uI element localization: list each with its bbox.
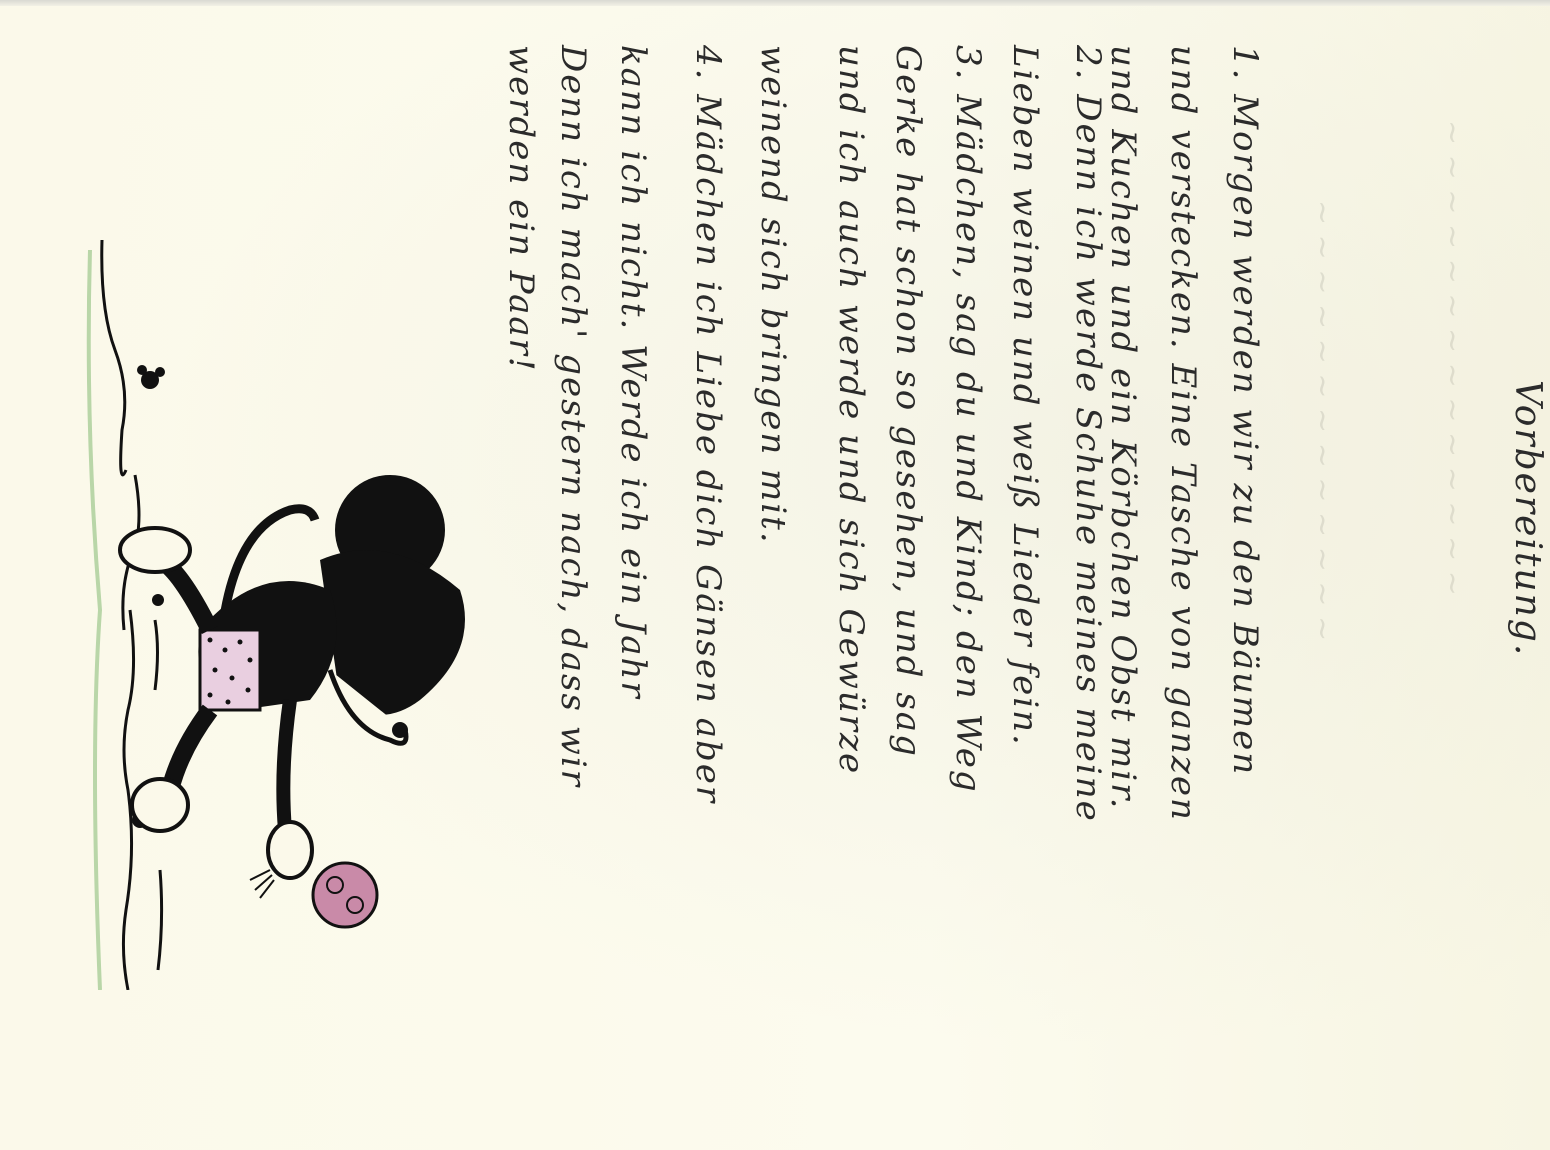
text-line: 3. Mädchen, sag du und Kind; den Weg (951, 45, 985, 794)
text-line: und ich auch werde und sich Gewürze (834, 45, 868, 775)
text-line: weinend sich bringen mit. (756, 45, 790, 545)
text-line: 1. Morgen werden wir zu den Bäumen (1228, 45, 1262, 776)
text-line: und verstecken. Eine Tasche von ganzen (1166, 45, 1200, 822)
bouquet-icon (250, 863, 377, 927)
text-line: werden ein Paar! (504, 45, 538, 373)
text-line: und Kuchen und ein Körbchen Obst mir. (1106, 45, 1140, 811)
mouse-illustration (60, 230, 480, 990)
text-line: Lieben weinen und weiß Lieder fein. (1008, 45, 1042, 747)
text-line: kann ich nicht. Werde ich ein Jahr (616, 45, 650, 700)
text-line: 4. Mädchen ich Liebe dich Gänsen aber (691, 45, 725, 804)
flower-icon (130, 365, 165, 828)
text-line: Gerke hat schon so gesehen, und sag (891, 45, 925, 758)
document-title: Vorbereitung. (1509, 380, 1545, 657)
text-line: Denn ich mach' gestern nach, dass wir (556, 45, 590, 788)
page-top-edge (0, 0, 1550, 6)
text-line: 2. Denn ich werde Schuhe meines meine (1071, 45, 1105, 823)
bleed-through-text: ~ ~ ~ ~ ~ ~ ~ ~ ~ ~ ~ ~ ~ ~ (1435, 120, 1470, 596)
bleed-through-text: ~ ~ ~ ~ ~ ~ ~ ~ ~ ~ ~ ~ ~ (1305, 200, 1340, 641)
grass-icon (102, 240, 162, 990)
